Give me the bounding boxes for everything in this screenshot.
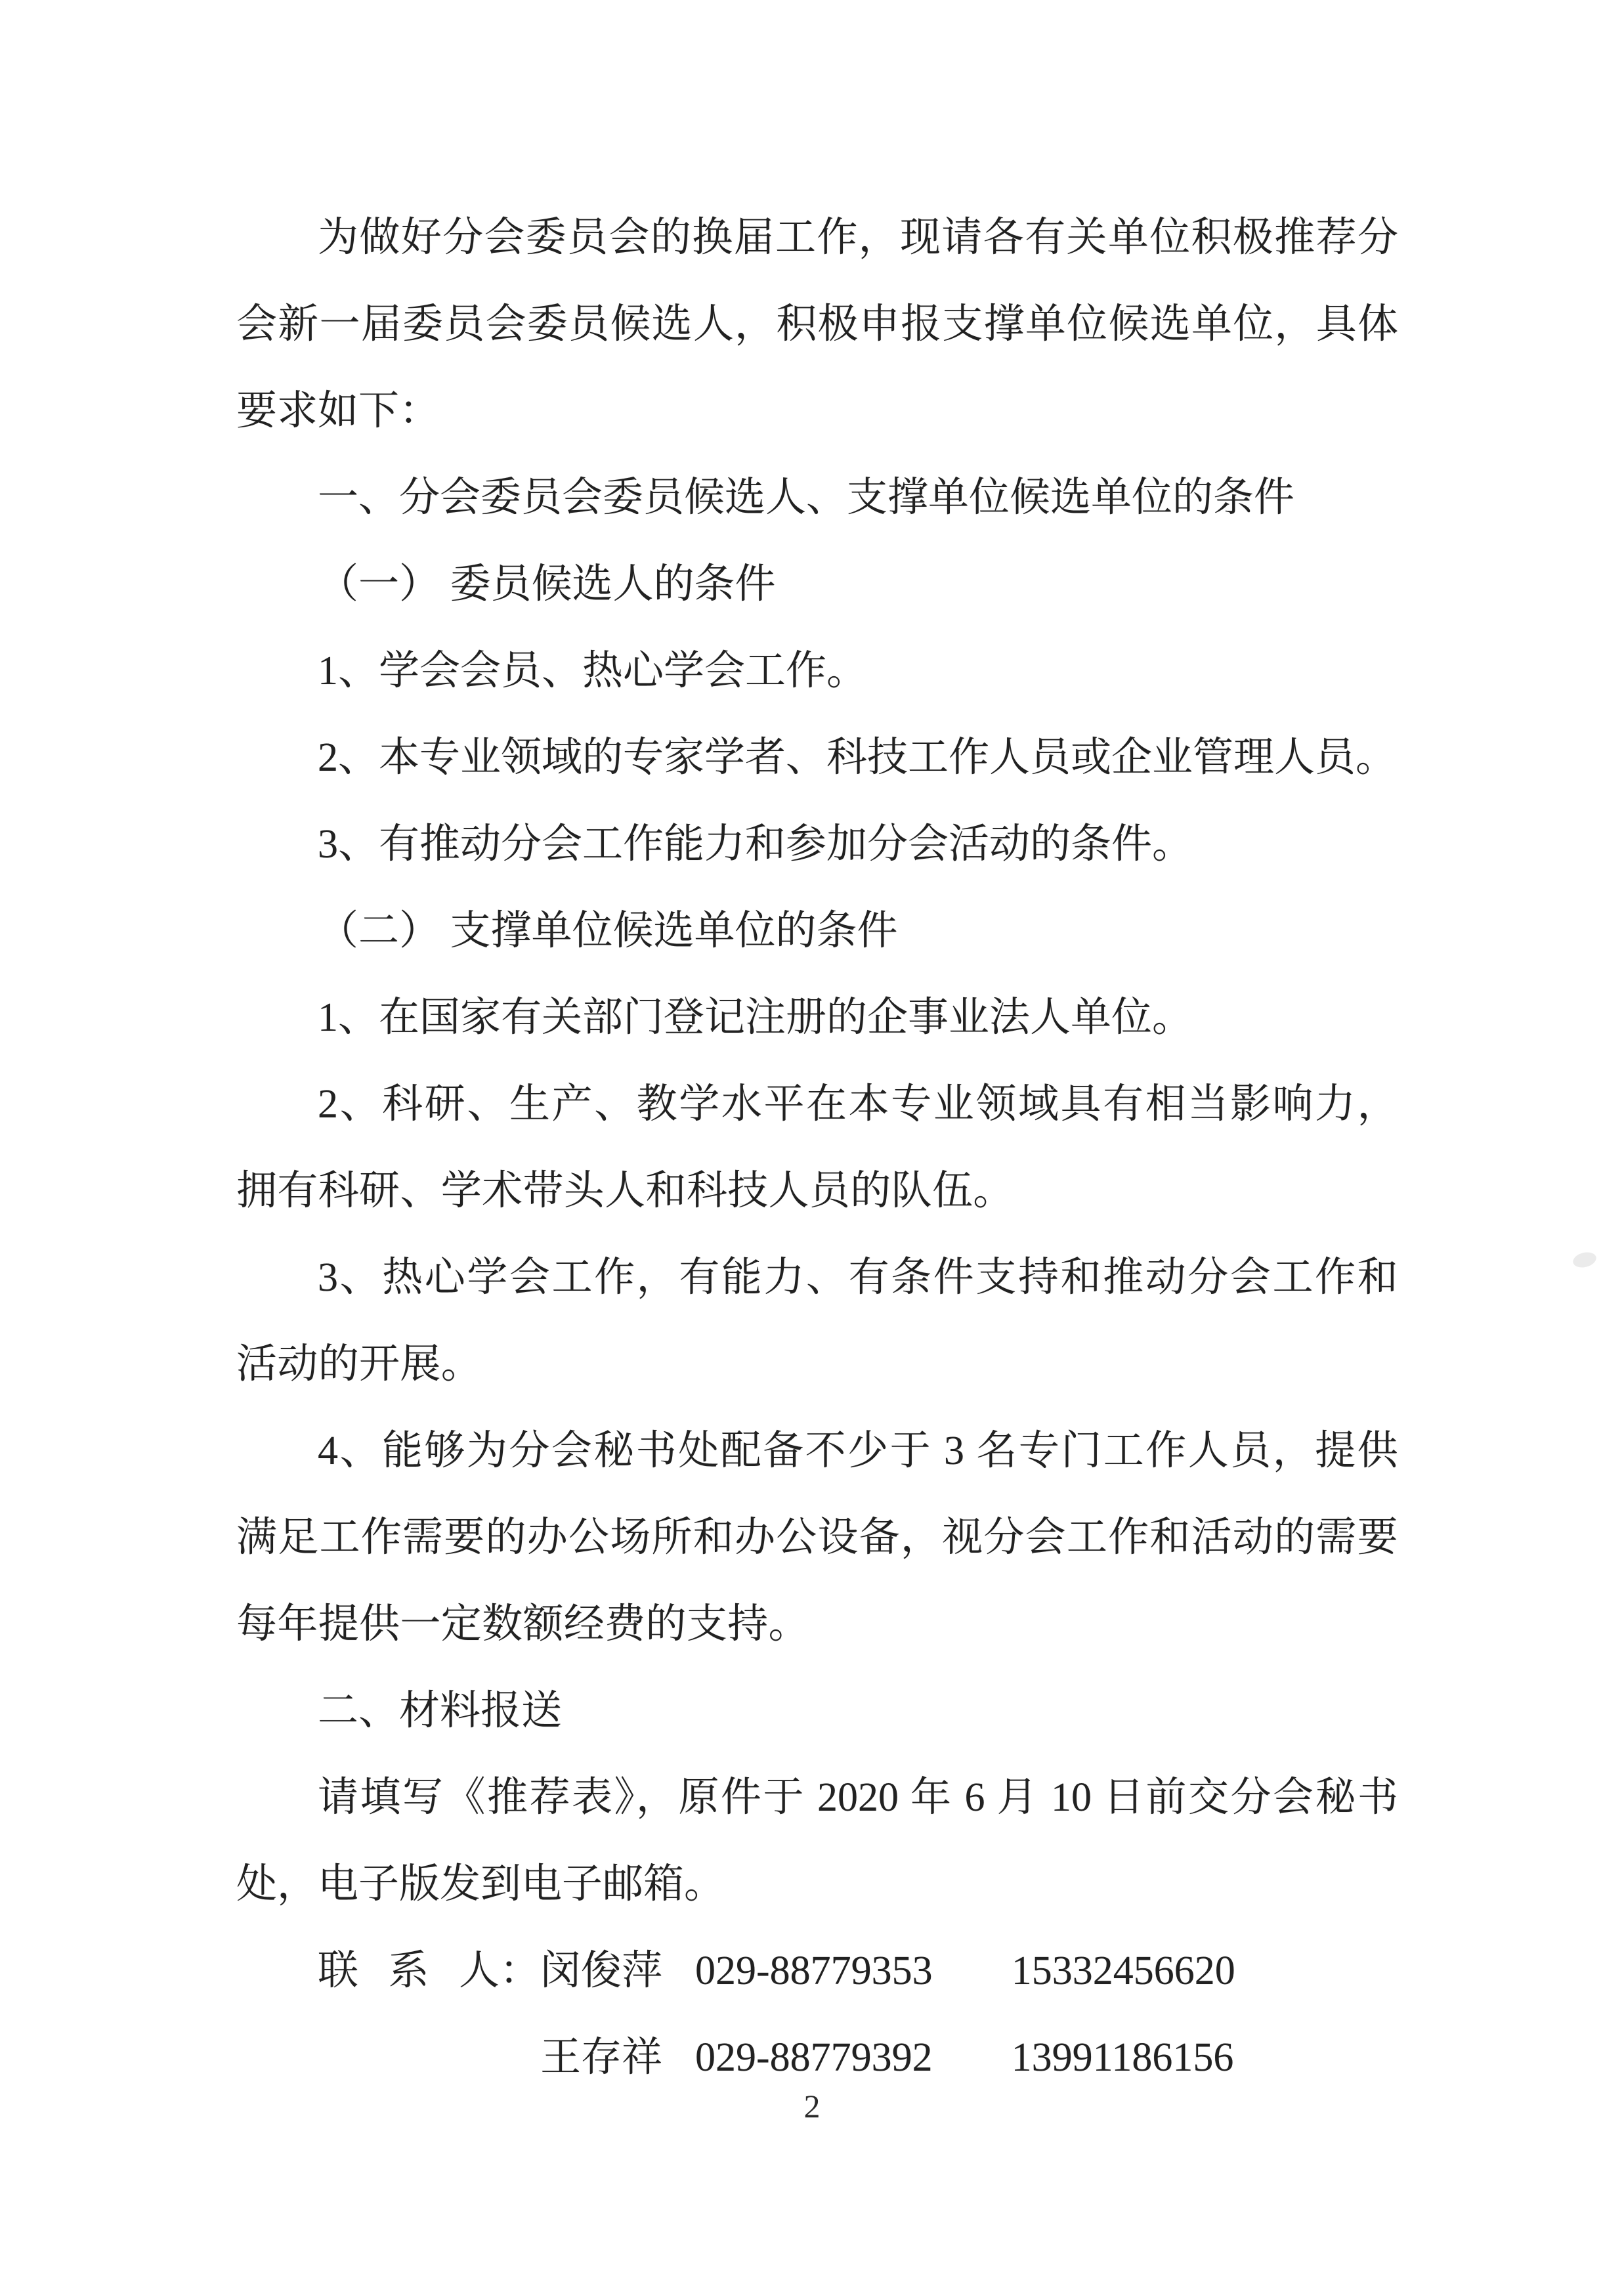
document-page: 为做好分会委员会的换届工作，现请各有关单位积极推荐分会新一届委员会委员候选人，积… xyxy=(0,0,1624,2286)
contact-label: 联 系 人： xyxy=(318,1949,540,1993)
contact-row-1: 联 系 人：闵俊萍029-8877935315332456620 xyxy=(236,1928,1398,2014)
contact-name-2: 王存祥 xyxy=(540,2035,662,2080)
item-1-2-3: 3、热心学会工作，有能力、有条件支持和推动分会工作和活动的开展。 xyxy=(236,1234,1398,1408)
page-number: 2 xyxy=(0,2086,1624,2126)
contact-phone-2: 029-88779392 xyxy=(695,2035,933,2080)
contact-mobile-1: 15332456620 xyxy=(1012,1949,1235,1993)
heading-section-1-1: （一） 委员候选人的条件 xyxy=(236,541,1398,628)
item-1-1-3: 3、有推动分会工作能力和参加分会活动的条件。 xyxy=(236,801,1398,888)
heading-section-1-2: （二） 支撑单位候选单位的条件 xyxy=(236,888,1398,974)
item-1-1-1: 1、学会会员、热心学会工作。 xyxy=(236,628,1398,714)
heading-section-1: 一、分会委员会委员候选人、支撑单位候选单位的条件 xyxy=(236,454,1398,541)
item-1-2-2: 2、科研、生产、教学水平在本专业领域具有相当影响力，拥有科研、学术带头人和科技人… xyxy=(236,1061,1398,1234)
paragraph-submission: 请填写《推荐表》，原件于 2020 年 6 月 10 日前交分会秘书处，电子版发… xyxy=(236,1754,1398,1928)
document-body: 为做好分会委员会的换届工作，现请各有关单位积极推荐分会新一届委员会委员候选人，积… xyxy=(236,194,1398,2101)
contact-phone-1: 029-88779353 xyxy=(695,1949,933,1993)
item-1-1-2: 2、本专业领域的专家学者、科技工作人员或企业管理人员。 xyxy=(236,714,1398,801)
paragraph-intro: 为做好分会委员会的换届工作，现请各有关单位积极推荐分会新一届委员会委员候选人，积… xyxy=(236,194,1398,454)
heading-section-2: 二、材料报送 xyxy=(236,1668,1398,1754)
scan-smudge-artifact xyxy=(1571,1250,1598,1270)
item-1-2-4: 4、能够为分会秘书处配备不少于 3 名专门工作人员，提供满足工作需要的办公场所和… xyxy=(236,1408,1398,1668)
contact-mobile-2: 13991186156 xyxy=(1012,2035,1234,2080)
contact-name-1: 闵俊萍 xyxy=(540,1949,662,1993)
item-1-2-1: 1、在国家有关部门登记注册的企事业法人单位。 xyxy=(236,974,1398,1061)
